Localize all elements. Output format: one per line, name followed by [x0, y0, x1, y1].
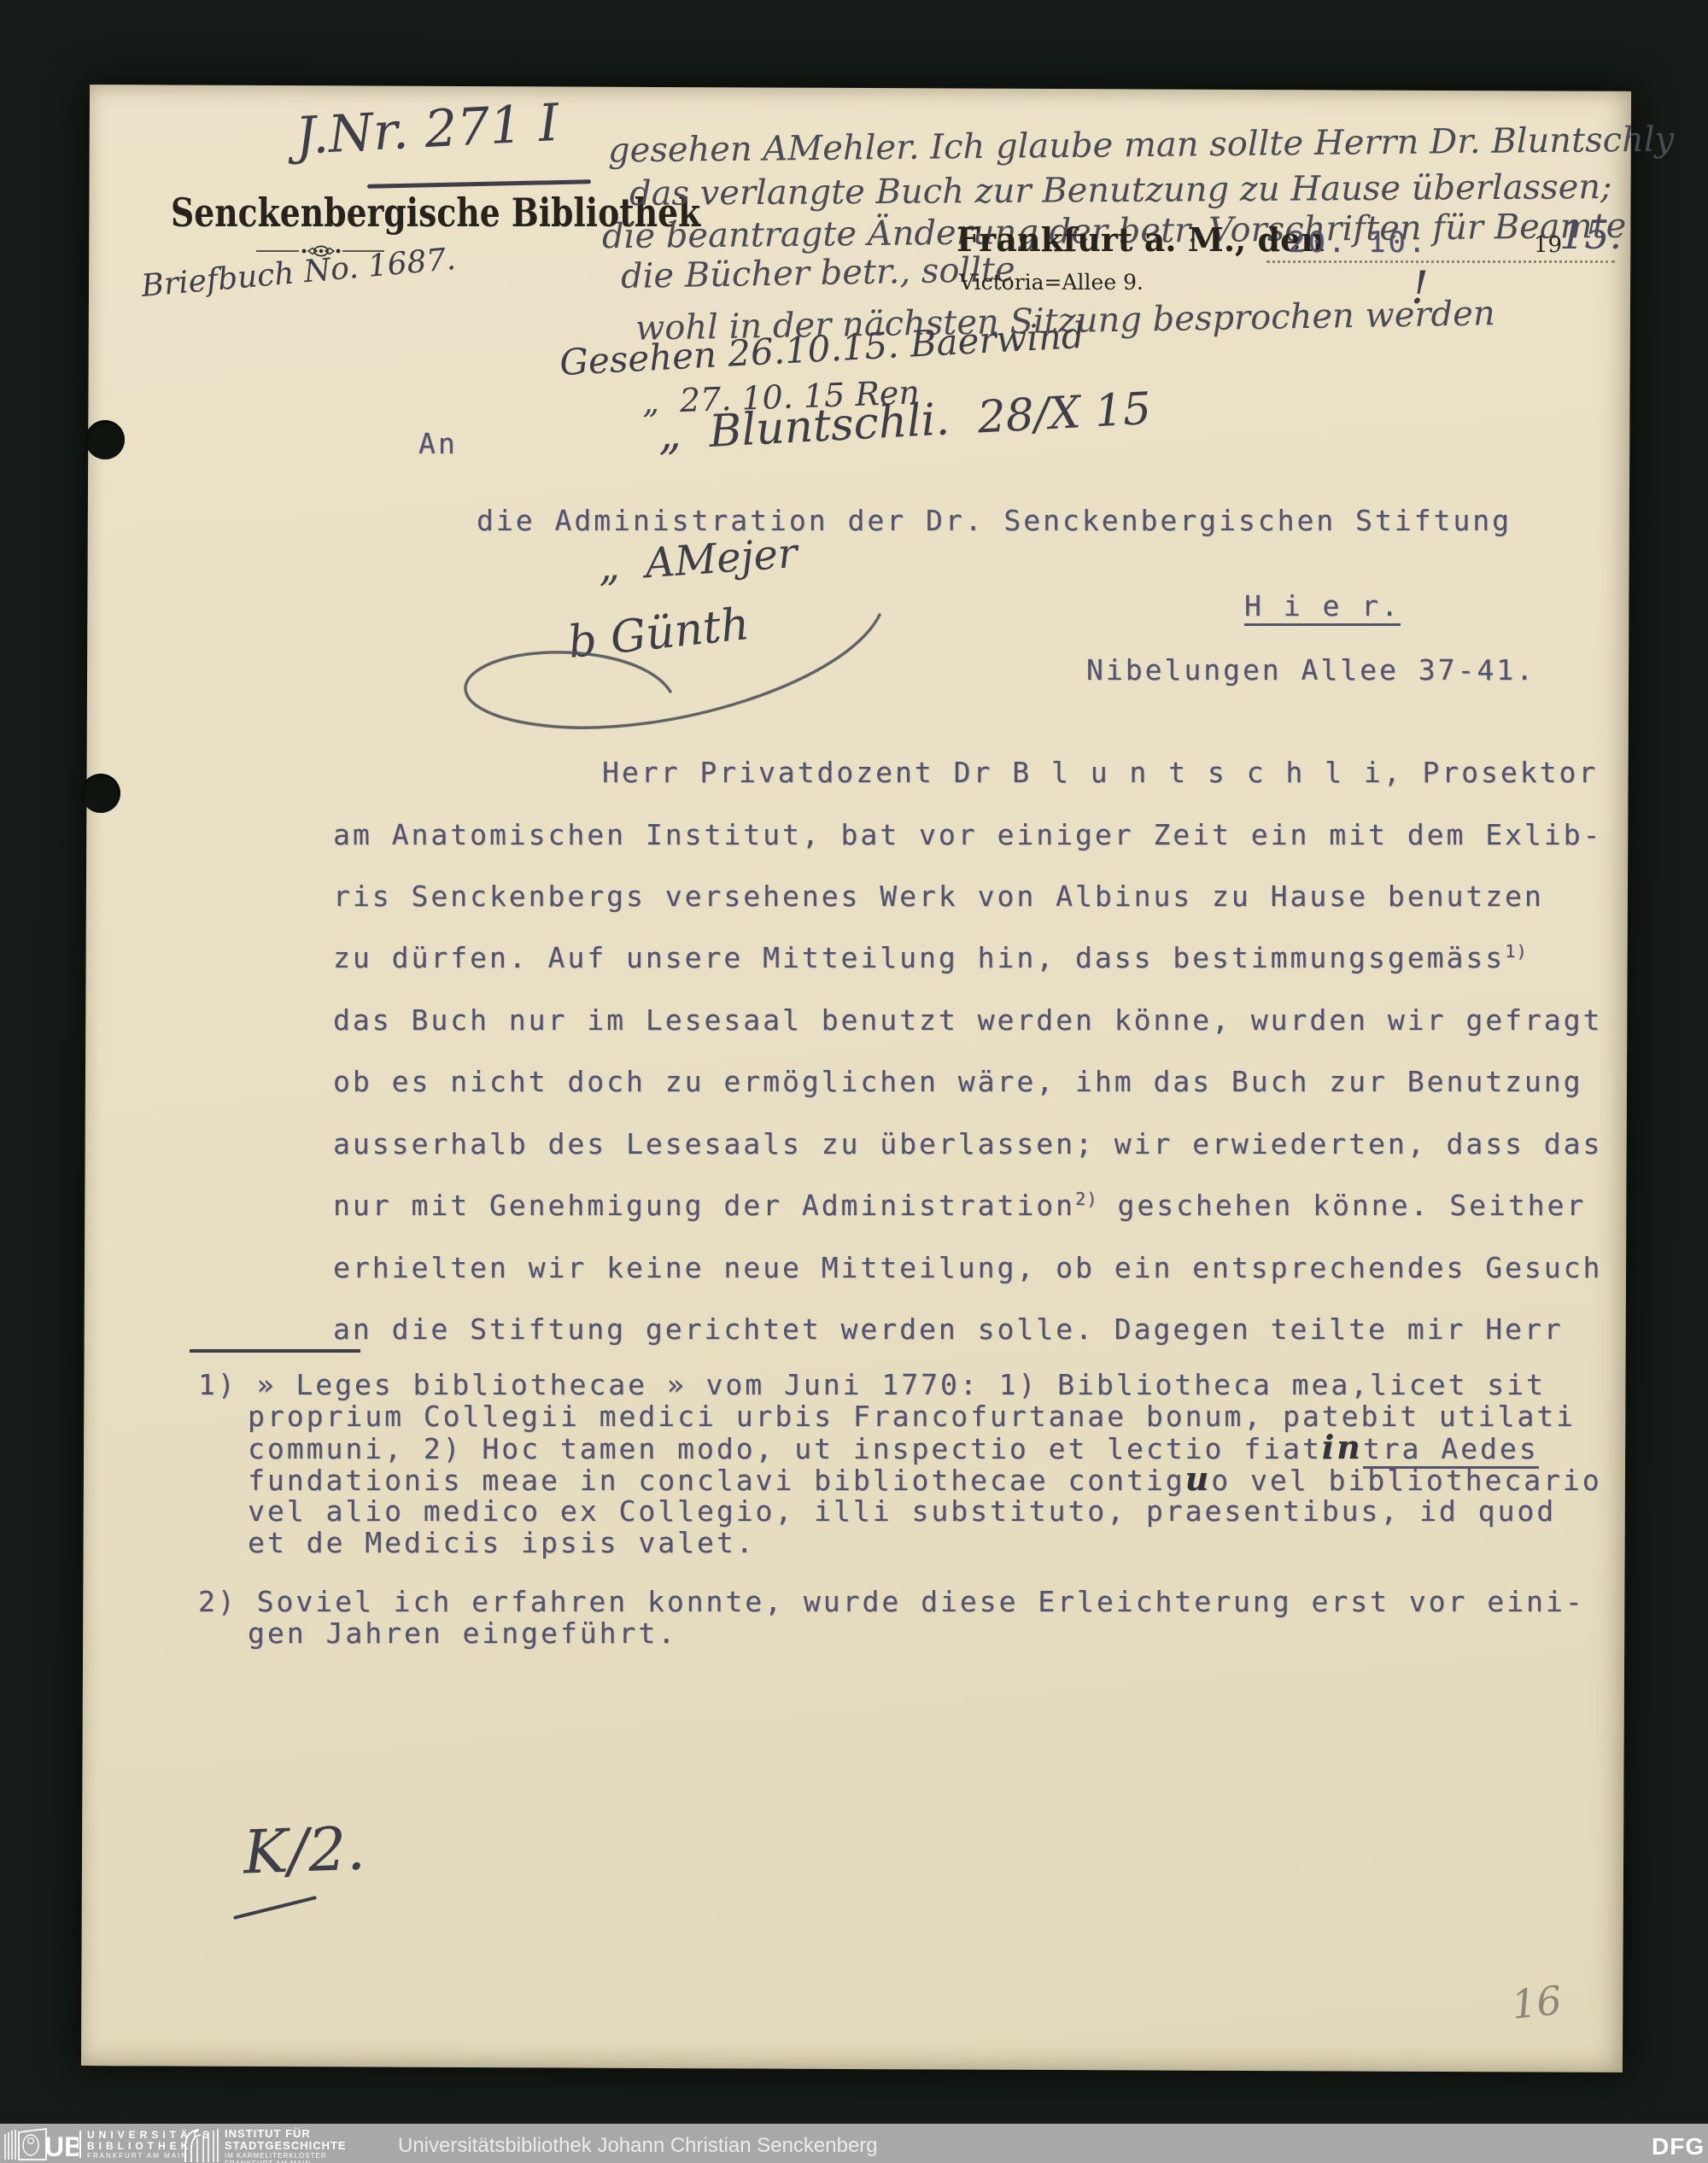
signature-flourish-icon	[367, 589, 922, 751]
dateline-place: Frankfurt a. M., den	[956, 220, 1325, 259]
body-line-1-text: Herr Privatdozent Dr B l u n t s c h l i…	[602, 756, 1598, 789]
footnote1-line-4-rest: o vel bibliothecario	[1211, 1464, 1601, 1497]
punch-hole-top	[85, 420, 125, 459]
body-line-8: nur mit Genehmigung der Administration2)…	[333, 1189, 1586, 1222]
street-address: Victoria=Allee 9.	[959, 270, 1144, 295]
footer-library-credit: Universitätsbibliothek Johann Christian …	[398, 2134, 878, 2158]
dateline-date-typed: 20. 10.	[1288, 225, 1428, 260]
body-line-10-text: an die Stiftung gerichtet werden solle. …	[333, 1312, 1564, 1346]
body-line-6-text: ob es nicht doch zu ermöglichen wäre, ih…	[333, 1065, 1583, 1098]
body-line-4: zu dürfen. Auf unsere Mitteilung hin, da…	[333, 941, 1528, 974]
body-line-2: am Anatomischen Institut, bat vor einige…	[333, 818, 1602, 851]
footnote1-line-5: vel alio medico ex Collegio, illi substi…	[248, 1494, 1556, 1528]
dfg-logo: DFG	[1652, 2133, 1705, 2160]
margin-note-line-4: die Bücher betr., sollte	[621, 253, 1015, 294]
footnote1-line-2-text: proprium Collegii medici urbis Francofur…	[248, 1400, 1576, 1433]
body-line-7-text: ausserhalb des Lesesaals zu überlassen; …	[333, 1127, 1602, 1160]
body-line-10: an die Stiftung gerichtet werden solle. …	[333, 1312, 1564, 1346]
institut-wordmark: INSTITUT FÜR STADTGESCHICHTE IM KARMELIT…	[225, 2128, 347, 2163]
handwritten-correction-u: u	[1185, 1459, 1212, 1498]
body-line-6: ob es nicht doch zu ermöglichen wäre, ih…	[333, 1065, 1583, 1098]
footnote1-line-3-text: communi, 2) Hoc tamen modo, ut inspectio…	[248, 1432, 1322, 1465]
footnote-separator	[190, 1349, 360, 1353]
dateline-rule	[1266, 260, 1615, 263]
footnote2-line-1: 2) Soviel ich erfahren konnte, wurde die…	[198, 1585, 1585, 1618]
body-line-9: erhielten wir keine neue Mitteilung, ob …	[333, 1251, 1602, 1284]
body-line-5: das Buch nur im Lesesaal benutzt werden …	[333, 1003, 1602, 1037]
recipient-hier: H i e r.	[1244, 589, 1401, 626]
body-line-7: ausserhalb des Lesesaals zu überlassen; …	[333, 1127, 1602, 1160]
recipient-an: An	[418, 427, 458, 460]
footnote1-line-5-text: vel alio medico ex Collegio, illi substi…	[248, 1494, 1556, 1528]
handwritten-correction-in: in	[1322, 1428, 1363, 1466]
footnote1-line-1: 1) » Leges bibliothecae » vom Juni 1770:…	[198, 1368, 1546, 1401]
file-number-handwritten: J.Nr. 271 I	[295, 97, 560, 162]
body-line-3-text: ris Senckenbergs versehenes Werk von Alb…	[333, 880, 1544, 913]
dateline-year-printed: 19	[1534, 232, 1562, 258]
viewer-footer-bar: UB UNIVERSITÄTS BIBLIOTHEK FRANKFURT AM …	[0, 2124, 1708, 2163]
body-line-1: Herr Privatdozent Dr B l u n t s c h l i…	[602, 756, 1598, 789]
body-line-3: ris Senckenbergs versehenes Werk von Alb…	[333, 880, 1544, 913]
dateline-year-handwritten: 15.	[1559, 215, 1622, 254]
body-line-5-text: das Buch nur im Lesesaal benutzt werden …	[333, 1003, 1602, 1037]
institut-wordmark-line-4: FRANKFURT AM MAIN	[225, 2160, 347, 2163]
scan-page: { "letter": { "file_number": "J.Nr. 271 …	[0, 0, 1708, 2163]
institut-wordmark-line-2: STADTGESCHICHTE	[225, 2140, 347, 2152]
body-line-4-text: zu dürfen. Auf unsere Mitteilung hin, da…	[333, 941, 1505, 974]
recipient-address: Nibelungen Allee 37-41.	[1086, 653, 1535, 687]
margin-note-exclamation: !	[1411, 266, 1429, 311]
punch-hole-bottom	[81, 774, 120, 813]
recipient-line: die Administration der Dr. Senckenbergis…	[477, 504, 1512, 537]
footnote1-line-4: fundationis meae in conclavi bibliotheca…	[248, 1463, 1602, 1497]
institut-wordmark-line-3: IM KARMELITERKLOSTER	[225, 2152, 347, 2160]
institut-logo-icon	[182, 2126, 219, 2162]
ub-logo-divider	[79, 2131, 81, 2158]
footnote1-line-3: communi, 2) Hoc tamen modo, ut inspectio…	[248, 1431, 1539, 1465]
footnote-ref-1: 1)	[1505, 941, 1528, 962]
body-line-9-text: erhielten wir keine neue Mitteilung, ob …	[333, 1251, 1602, 1284]
institut-wordmark-line-1: INSTITUT FÜR	[225, 2128, 347, 2140]
k-mark-handwritten: K/2.	[243, 1819, 366, 1883]
body-line-8-text: nur mit Genehmigung der Administration	[333, 1189, 1075, 1222]
ub-monogram-text: UB	[44, 2131, 79, 2161]
pencil-page-number: 16	[1510, 1980, 1564, 2025]
margin-note-line-2: das verlangte Buch zur Benutzung zu Haus…	[629, 170, 1612, 211]
ub-logo-icon: UB	[3, 2127, 79, 2161]
footnote1-line-6: et de Medicis ipsis valet.	[248, 1526, 756, 1559]
footnote1-line-2: proprium Collegii medici urbis Francofur…	[248, 1400, 1576, 1433]
footnote1-line-1-text: 1) » Leges bibliothecae » vom Juni 1770:…	[198, 1368, 1546, 1401]
footnote1-line-4-text: fundationis meae in conclavi bibliotheca…	[248, 1464, 1185, 1497]
footnote2-line-2: gen Jahren eingeführt.	[248, 1616, 677, 1650]
footnote-ref-2: 2)	[1075, 1189, 1098, 1209]
body-line-2-text: am Anatomischen Institut, bat vor einige…	[333, 818, 1602, 851]
body-line-8-rest: geschehen könne. Seither	[1098, 1189, 1587, 1222]
footnote1-line-6-text: et de Medicis ipsis valet.	[248, 1526, 756, 1559]
